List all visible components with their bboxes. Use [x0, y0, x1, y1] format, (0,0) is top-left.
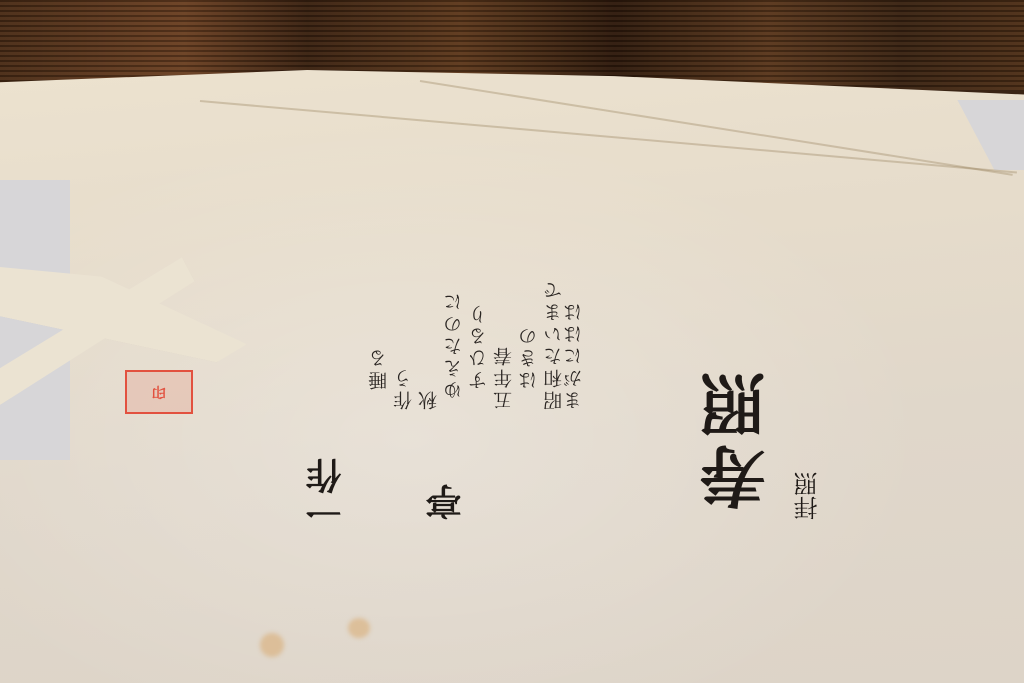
verse-line: 秋 [415, 388, 442, 410]
foxing-stain [348, 618, 370, 638]
signature-place: 亭 [420, 484, 471, 520]
calligraphy-title: 寿照 [690, 366, 785, 510]
verse-line: ゆえたのに [440, 290, 467, 400]
verse-line: 作う [390, 366, 417, 410]
red-seal-stamp: 印 [125, 370, 193, 414]
verse-line: 睡る [365, 346, 392, 390]
calligraphy-dedication: 拝照 [790, 472, 825, 520]
foxing-stain [260, 633, 284, 657]
verse-line: 昭和たいまで [540, 278, 567, 410]
verse-line: すひるり [465, 302, 492, 390]
seal-text: 印 [152, 382, 166, 402]
signature-name: 一作 [300, 458, 351, 530]
calligraphy-block: 寿照 拝照 まがにはは 昭和たいまで はきの 五年春 すひるり ゆえたのに 秋 … [170, 180, 930, 540]
verse-line: はきの [515, 324, 542, 390]
verse-line: 五年春 [490, 344, 517, 410]
